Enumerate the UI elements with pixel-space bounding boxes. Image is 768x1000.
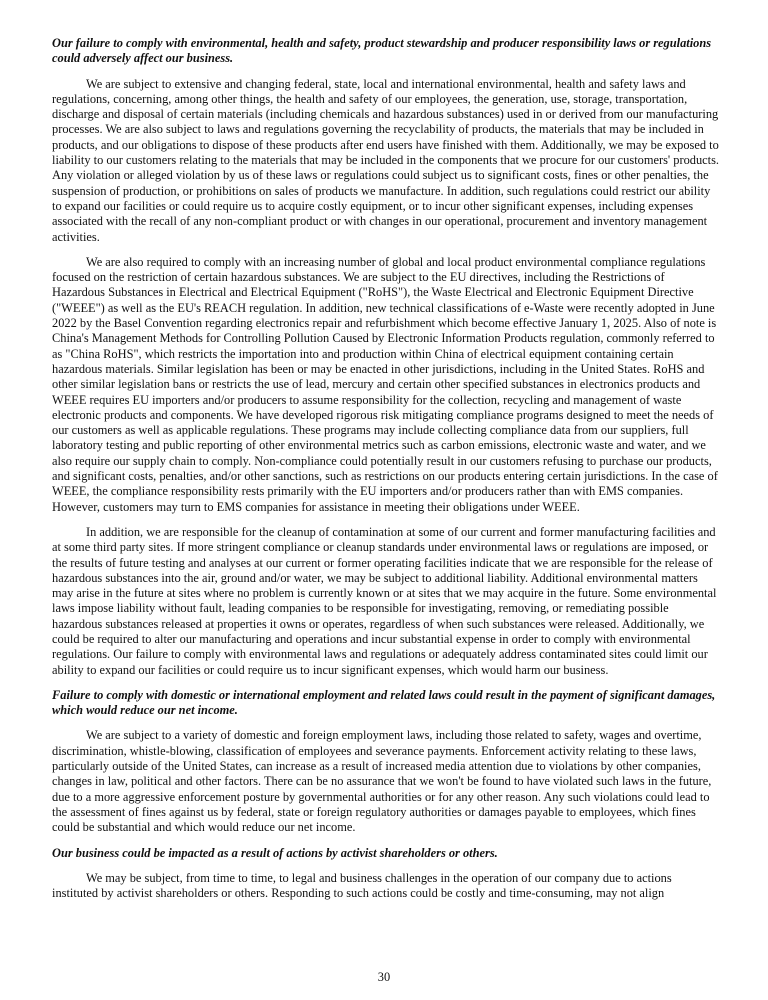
paragraph: We are subject to extensive and changing… bbox=[52, 77, 720, 245]
paragraph: In addition, we are responsible for the … bbox=[52, 525, 720, 678]
paragraph: We may be subject, from time to time, to… bbox=[52, 871, 720, 902]
page-number: 30 bbox=[0, 970, 768, 985]
document-page: Our failure to comply with environmental… bbox=[52, 36, 720, 911]
section-heading: Our business could be impacted as a resu… bbox=[52, 846, 720, 861]
section-heading: Our failure to comply with environmental… bbox=[52, 36, 720, 67]
section-heading: Failure to comply with domestic or inter… bbox=[52, 688, 720, 719]
paragraph: We are subject to a variety of domestic … bbox=[52, 728, 720, 835]
paragraph: We are also required to comply with an i… bbox=[52, 255, 720, 515]
risk-factor-activist: Our business could be impacted as a resu… bbox=[52, 846, 720, 902]
risk-factor-environmental: Our failure to comply with environmental… bbox=[52, 36, 720, 678]
risk-factor-employment: Failure to comply with domestic or inter… bbox=[52, 688, 720, 836]
